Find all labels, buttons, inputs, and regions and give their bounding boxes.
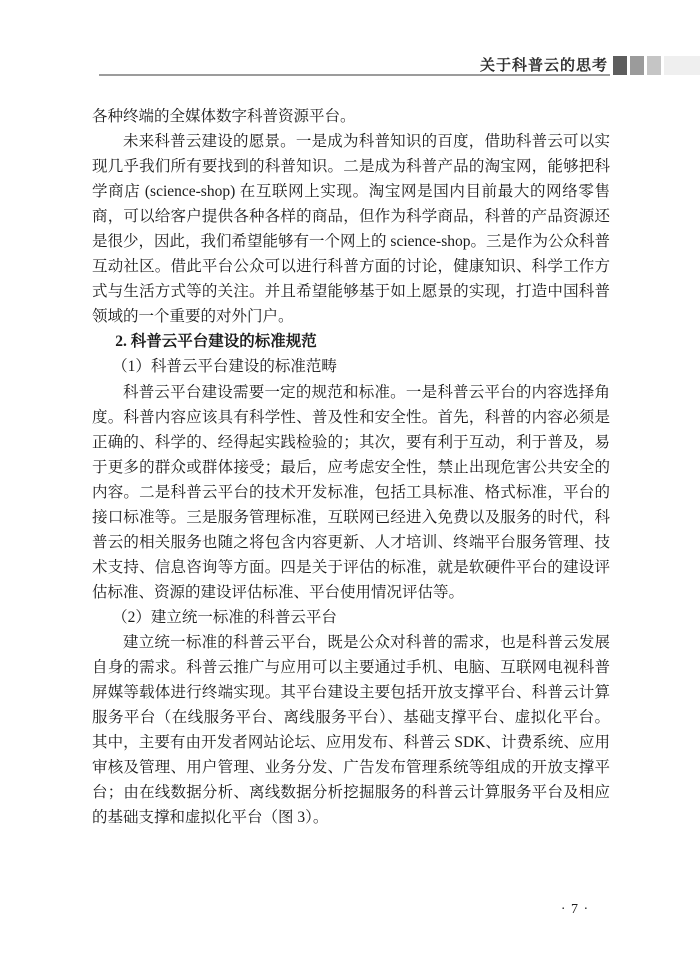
paragraph-vision: 未来科普云建设的愿景。一是成为科普知识的百度，借助科普云可以实现几乎我们所有要找… — [92, 129, 610, 329]
page-body: 各种终端的全媒体数字科普资源平台。 未来科普云建设的愿景。一是成为科普知识的百度… — [92, 104, 610, 830]
subsection-heading-1: （1）科普云平台建设的标准范畴 — [92, 354, 610, 379]
paragraph-standards: 科普云平台建设需要一定的规范和标准。一是科普云平台的内容选择角度。科普内容应该具… — [92, 380, 610, 605]
subsection-heading-2: （2）建立统一标准的科普云平台 — [92, 605, 610, 630]
deco-square-medium — [630, 56, 644, 75]
section-heading-2: 2. 科普云平台建设的标准规范 — [92, 329, 610, 354]
paragraph-unified-platform: 建立统一标准的科普云平台，既是公众对科普的需求，也是科普云发展自身的需求。科普云… — [92, 630, 610, 830]
header-decoration — [613, 56, 700, 75]
book-page: { "header": { "title": "关于科普云的思考", "deco… — [0, 0, 700, 977]
deco-square-light — [647, 56, 661, 75]
continuation-paragraph: 各种终端的全媒体数字科普资源平台。 — [92, 104, 610, 129]
header-rule — [99, 74, 610, 76]
deco-bar-faint — [664, 56, 700, 75]
deco-square-dark — [613, 56, 627, 75]
page-number: · 7 · — [540, 902, 610, 918]
running-header-title: 关于科普云的思考 — [480, 54, 608, 75]
